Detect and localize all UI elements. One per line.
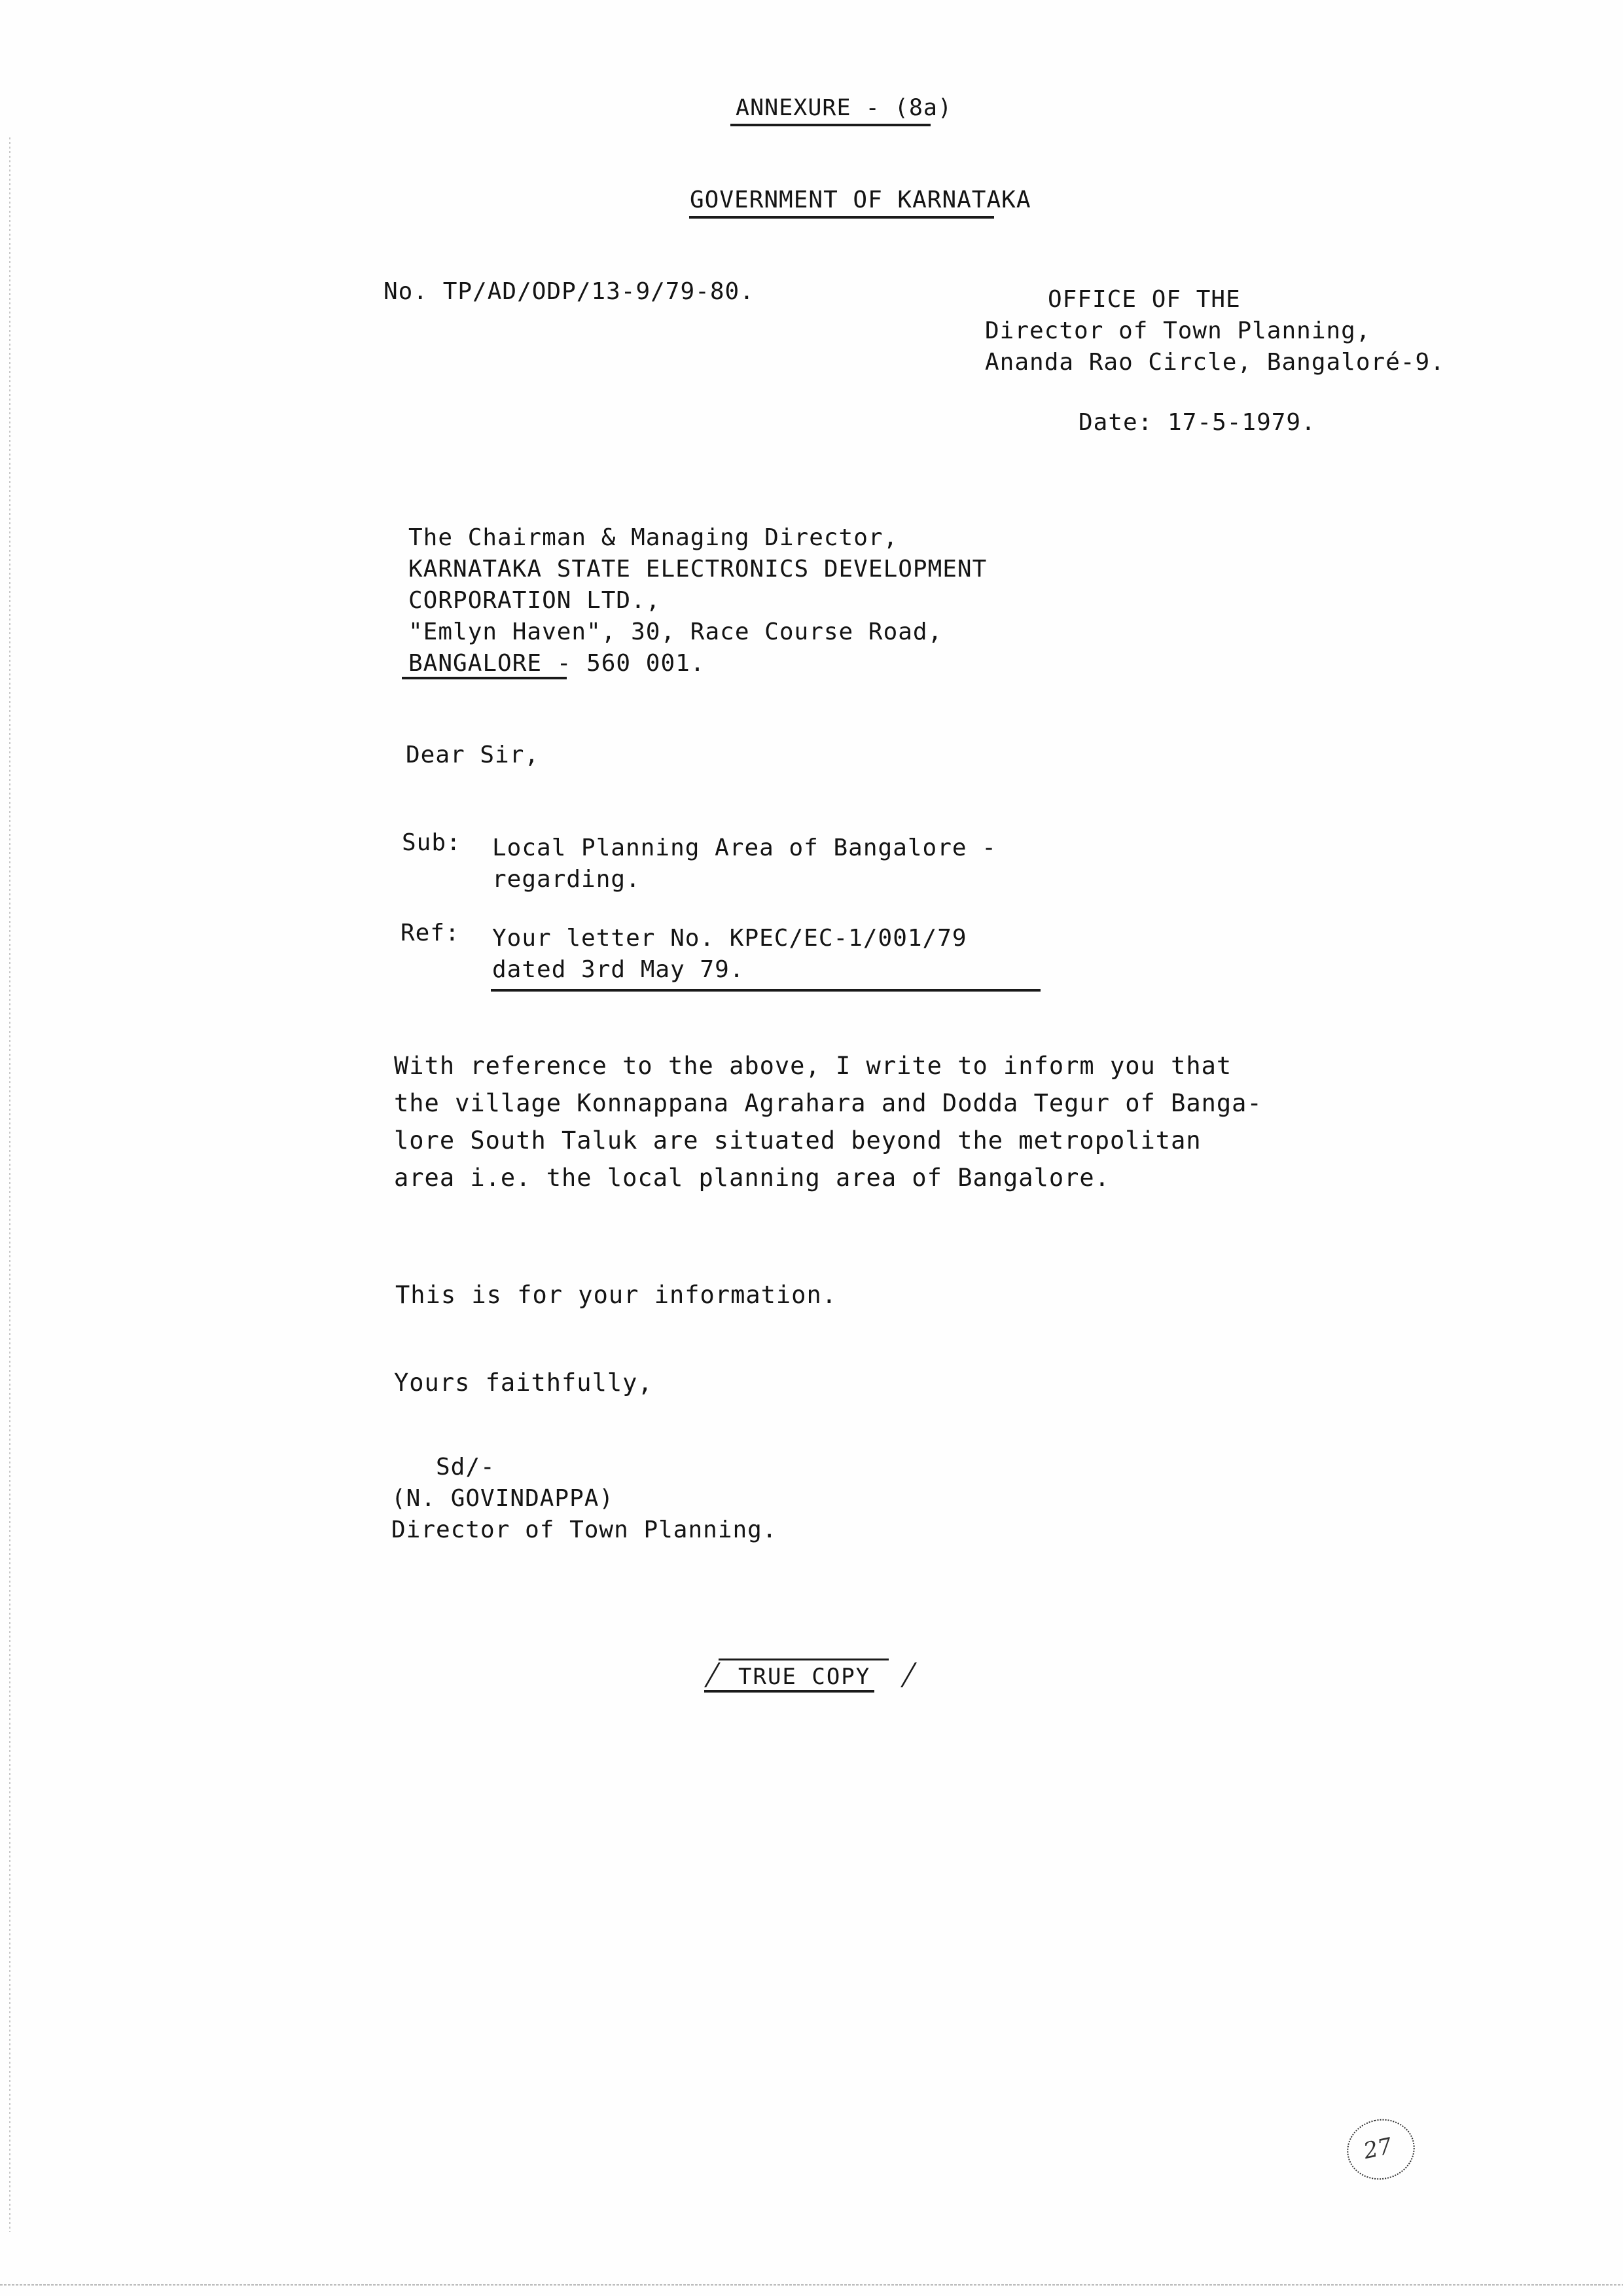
annexure-heading: ANNEXURE - (8a) (736, 97, 952, 120)
office-line: Director of Town Planning, (985, 315, 1445, 347)
ref-text: Your letter No. KPEC/EC-1/001/79 dated 3… (492, 923, 967, 986)
true-copy-stamp: TRUE COPY (704, 1656, 914, 1690)
scan-edge-bottom (0, 2284, 1623, 2286)
recipient-address: The Chairman & Managing Director, KARNAT… (408, 522, 987, 679)
body-paragraph: With reference to the above, I write to … (394, 1047, 1262, 1196)
body-line: area i.e. the local planning area of Ban… (394, 1159, 1262, 1196)
scan-edge-left (9, 137, 10, 2232)
ref-label: Ref: (401, 922, 460, 945)
stamp-right-slash (901, 1662, 917, 1687)
recipient-line: CORPORATION LTD., (408, 585, 987, 617)
closing-line: Yours faithfully, (394, 1371, 653, 1395)
signatory-designation: Director of Town Planning. (391, 1515, 777, 1546)
body-line: With reference to the above, I write to … (394, 1047, 1262, 1085)
scanned-letter-page: ANNEXURE - (8a) GOVERNMENT OF KARNATAKA … (0, 0, 1623, 2296)
subject-line: regarding. (492, 864, 997, 895)
salutation: Dear Sir, (406, 744, 539, 767)
recipient-line: "Emlyn Haven", 30, Race Course Road, (408, 617, 987, 648)
signed-mark: Sd/- (391, 1452, 777, 1483)
subject-label: Sub: (402, 831, 461, 855)
subject-text: Local Planning Area of Bangalore - regar… (492, 833, 997, 895)
body-line: lore South Taluk are situated beyond the… (394, 1122, 1262, 1159)
info-line: This is for your information. (395, 1283, 837, 1307)
office-line: OFFICE OF THE (985, 284, 1445, 315)
recipient-line: The Chairman & Managing Director, (408, 522, 987, 554)
page-number-circle: 27 (1342, 2113, 1421, 2186)
recipient-line: KARNATAKA STATE ELECTRONICS DEVELOPMENT (408, 554, 987, 585)
subject-line: Local Planning Area of Bangalore - (492, 833, 997, 864)
signature-block: Sd/- (N. GOVINDAPPA) Director of Town Pl… (391, 1452, 777, 1546)
letter-reference-number: No. TP/AD/ODP/13-9/79-80. (383, 280, 755, 304)
recipient-line: BANGALORE - 560 001. (408, 648, 987, 679)
page-number: 27 (1361, 2133, 1395, 2164)
office-address: OFFICE OF THE Director of Town Planning,… (985, 284, 1445, 378)
stamp-label: TRUE COPY (738, 1664, 870, 1690)
ref-line: dated 3rd May 79. (492, 954, 967, 986)
government-underline (689, 216, 994, 219)
stamp-bottom-line (704, 1690, 874, 1693)
signatory-name: (N. GOVINDAPPA) (391, 1483, 777, 1515)
body-line: the village Konnappana Agrahara and Dodd… (394, 1085, 1262, 1122)
ref-line: Your letter No. KPEC/EC-1/001/79 (492, 923, 967, 954)
government-heading: GOVERNMENT OF KARNATAKA (690, 188, 1031, 212)
ref-underline (491, 989, 1041, 992)
annexure-underline (730, 124, 931, 126)
letter-date: Date: 17-5-1979. (1079, 411, 1316, 435)
stamp-top-line (719, 1659, 889, 1660)
recipient-underline (402, 677, 567, 679)
stamp-left-slash (704, 1662, 721, 1687)
office-line: Ananda Rao Circle, Bangaloré-9. (985, 347, 1445, 378)
